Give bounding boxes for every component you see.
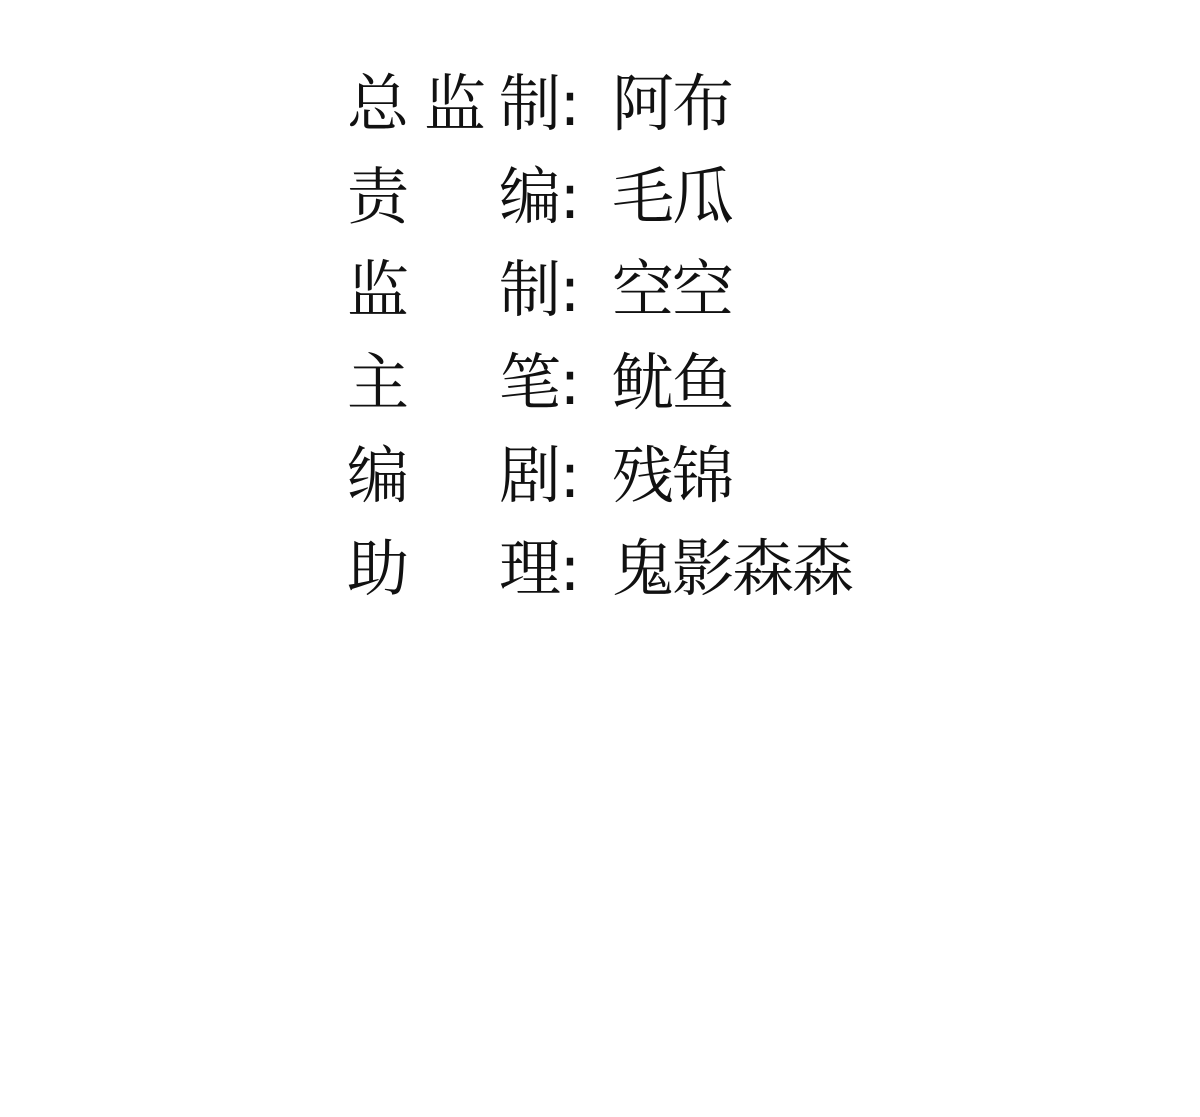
role-char: 理 — [498, 534, 562, 604]
role-separator: : — [558, 255, 582, 325]
credit-name: 毛瓜 — [612, 162, 732, 232]
credit-name: 鬼影森森 — [612, 534, 852, 604]
role-char: 编 — [346, 441, 410, 511]
role-separator: : — [558, 534, 582, 604]
credit-name: 阿布 — [612, 69, 732, 139]
credit-role: 主 笔 : — [346, 348, 582, 418]
role-separator: : — [558, 162, 582, 232]
credit-role: 编 剧 : — [346, 441, 582, 511]
credit-role: 责 编 : — [346, 162, 582, 232]
credit-role: 总 监 制 : — [346, 69, 582, 139]
credits-list: 总 监 制 : 阿布 责 编 : 毛瓜 监 制 : 空空 主 笔 : — [346, 57, 852, 615]
credit-name: 鱿鱼 — [612, 348, 732, 418]
role-separator: : — [558, 348, 582, 418]
credit-row-lead-artist: 主 笔 : 鱿鱼 — [346, 336, 852, 429]
credit-row-assistant: 助 理 : 鬼影森森 — [346, 522, 852, 615]
role-char: 监 — [423, 69, 487, 139]
credit-role: 监 制 : — [346, 255, 582, 325]
role-char: 制 — [498, 69, 562, 139]
credit-row-supervisor: 监 制 : 空空 — [346, 243, 852, 336]
credit-row-chief-supervisor: 总 监 制 : 阿布 — [346, 57, 852, 150]
role-char: 剧 — [498, 441, 562, 511]
role-char: 总 — [346, 69, 410, 139]
role-separator: : — [558, 69, 582, 139]
credit-row-screenwriter: 编 剧 : 残锦 — [346, 429, 852, 522]
role-char: 监 — [346, 255, 410, 325]
role-char: 主 — [346, 348, 410, 418]
role-char: 责 — [346, 162, 410, 232]
credit-name: 空空 — [612, 255, 732, 325]
role-char: 助 — [346, 534, 410, 604]
role-char: 编 — [498, 162, 562, 232]
credit-name: 残锦 — [612, 441, 732, 511]
role-char: 制 — [498, 255, 562, 325]
role-char: 笔 — [498, 348, 562, 418]
role-separator: : — [558, 441, 582, 511]
credit-role: 助 理 : — [346, 534, 582, 604]
credit-row-editor: 责 编 : 毛瓜 — [346, 150, 852, 243]
